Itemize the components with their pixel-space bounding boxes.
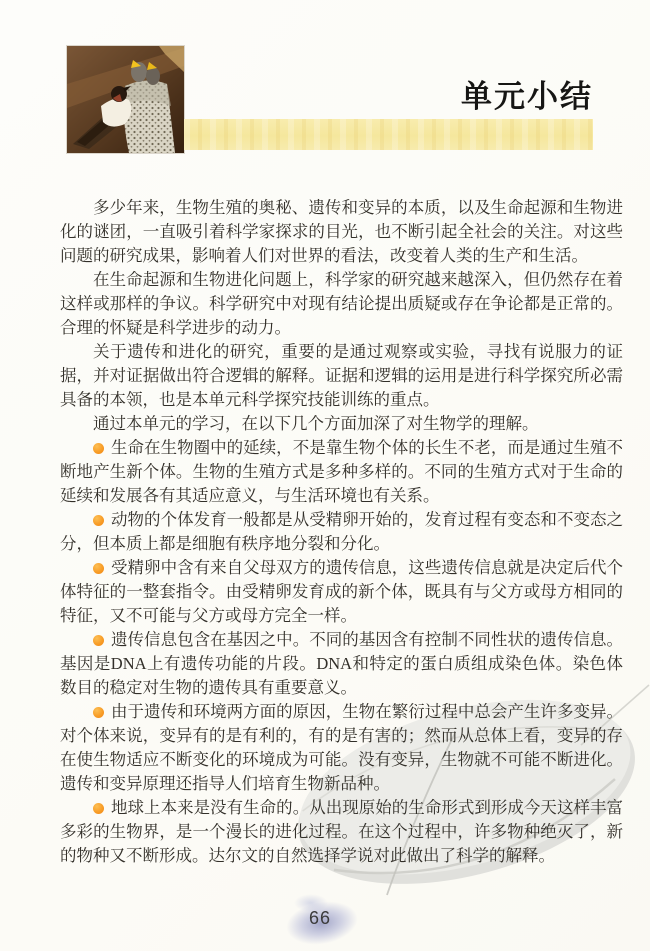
summary-body: 多少年来，生物生殖的奥秘、遗传和变异的本质，以及生命起源和生物进化的谜团，一直吸… xyxy=(60,196,623,868)
swallow-photo xyxy=(67,46,184,153)
intro-paragraph-4: 通过本单元的学习，在以下几个方面加深了对生物学的理解。 xyxy=(60,412,623,436)
swallow-photo-art xyxy=(67,46,184,153)
bullet-text: 受精卵中含有来自父母双方的遗传信息，这些遗传信息就是决定后代个体特征的一整套指令… xyxy=(60,558,623,625)
bullet-text: 由于遗传和环境两方面的原因，生物在繁衍过程中总会产生许多变异。对个体来说，变异有… xyxy=(60,702,623,793)
orange-bullet-icon xyxy=(93,515,104,526)
page-title: 单元小结 xyxy=(461,80,593,114)
page-number: 66 xyxy=(280,908,360,929)
bullet-text: 动物的个体发育一般都是从受精卵开始的，发育过程有变态和不变态之分，但本质上都是细… xyxy=(60,510,623,553)
bullet-text: 地球上本来是没有生命的。从出现原始的生命形式到形成今天这样丰富多彩的生物界，是一… xyxy=(60,798,623,865)
bullet-text: 遗传信息包含在基因之中。不同的基因含有控制不同性状的遗传信息。基因是DNA上有遗… xyxy=(60,630,623,697)
bullet-text: 生命在生物圈中的延续，不是靠生物个体的长生不老，而是通过生殖不断地产生新个体。生… xyxy=(60,438,623,505)
intro-paragraph-3: 关于遗传和进化的研究，重要的是通过观察或实验，寻找有说服力的证据，并对证据做出符… xyxy=(60,340,623,412)
orange-bullet-icon xyxy=(93,803,104,814)
textbook-page: 单元小结 多少年来，生物生殖的奥秘、遗传和变异的本质，以及生命起源和生物进化的谜… xyxy=(0,0,650,951)
orange-bullet-icon xyxy=(93,443,104,454)
summary-bullet-3: 受精卵中含有来自父母双方的遗传信息，这些遗传信息就是决定后代个体特征的一整套指令… xyxy=(60,556,623,628)
intro-paragraph-1: 多少年来，生物生殖的奥秘、遗传和变异的本质，以及生命起源和生物进化的谜团，一直吸… xyxy=(60,196,623,268)
summary-bullet-2: 动物的个体发育一般都是从受精卵开始的，发育过程有变态和不变态之分，但本质上都是细… xyxy=(60,508,623,556)
orange-bullet-icon xyxy=(93,635,104,646)
title-underline-band xyxy=(184,119,593,150)
orange-bullet-icon xyxy=(93,707,104,718)
intro-paragraph-2: 在生命起源和生物进化问题上，科学家的研究越来越深入，但仍然存在着这样或那样的争议… xyxy=(60,268,623,340)
summary-bullet-6: 地球上本来是没有生命的。从出现原始的生命形式到形成今天这样丰富多彩的生物界，是一… xyxy=(60,796,623,868)
summary-bullet-5: 由于遗传和环境两方面的原因，生物在繁衍过程中总会产生许多变异。对个体来说，变异有… xyxy=(60,700,623,796)
summary-bullet-1: 生命在生物圈中的延续，不是靠生物个体的长生不老，而是通过生殖不断地产生新个体。生… xyxy=(60,436,623,508)
summary-bullet-4: 遗传信息包含在基因之中。不同的基因含有控制不同性状的遗传信息。基因是DNA上有遗… xyxy=(60,628,623,700)
page-number-area: 66 xyxy=(280,894,360,946)
orange-bullet-icon xyxy=(93,563,104,574)
